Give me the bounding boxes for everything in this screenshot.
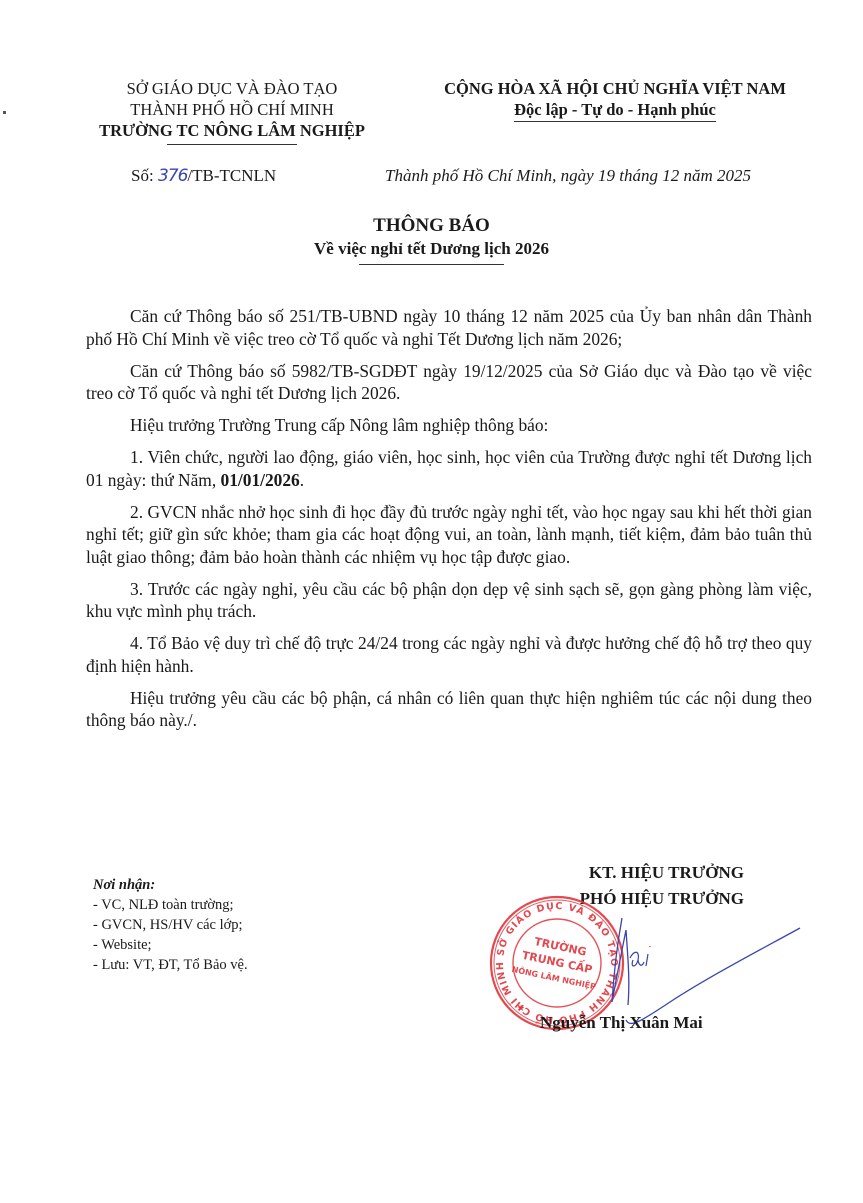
item-1: 1. Viên chức, người lao động, giáo viên,… xyxy=(86,446,812,491)
paragraph-basis-2: Căn cứ Thông báo số 5982/TB-SGDĐT ngày 1… xyxy=(86,360,812,405)
document-body: Căn cứ Thông báo số 251/TB-UBND ngày 10 … xyxy=(86,305,812,741)
doc-number-suffix: /TB-TCNLN xyxy=(187,166,276,185)
issuing-authority-block: SỞ GIÁO DỤC VÀ ĐÀO TẠO THÀNH PHỐ HỒ CHÍ … xyxy=(72,78,392,145)
signatory-title-line-1: KT. HIỆU TRƯỞNG xyxy=(480,860,810,886)
handwritten-signature-icon xyxy=(600,910,830,1030)
recipient-item: - Lưu: VT, ĐT, Tổ Bảo vệ. xyxy=(93,955,248,975)
item-4: 4. Tổ Bảo vệ duy trì chế độ trực 24/24 t… xyxy=(86,632,812,677)
issue-date: Thành phố Hồ Chí Minh, ngày 19 tháng 12 … xyxy=(385,166,751,186)
recipient-item: - GVCN, HS/HV các lớp; xyxy=(93,915,248,935)
authority-line-2: THÀNH PHỐ HỒ CHÍ MINH xyxy=(72,99,392,120)
national-title: CỘNG HÒA XÃ HỘI CHỦ NGHĨA VIỆT NAM xyxy=(400,78,830,99)
school-name: TRƯỜNG TC NÔNG LÂM NGHIỆP xyxy=(72,120,392,141)
scan-speck xyxy=(3,111,6,114)
svg-text:★: ★ xyxy=(517,1004,525,1014)
item-3: 3. Trước các ngày nghỉ, yêu cầu các bộ p… xyxy=(86,578,812,623)
paragraph-basis-1: Căn cứ Thông báo số 251/TB-UBND ngày 10 … xyxy=(86,305,812,350)
recipient-item: - VC, NLĐ toàn trường; xyxy=(93,895,248,915)
document-number: Số: 376/TB-TCNLN xyxy=(131,166,276,186)
recipients-heading: Nơi nhận: xyxy=(93,875,248,895)
signatory-name: Nguyễn Thị Xuân Mai xyxy=(540,1013,703,1033)
authority-underline xyxy=(167,144,297,145)
national-header-block: CỘNG HÒA XÃ HỘI CHỦ NGHĨA VIỆT NAM Độc l… xyxy=(400,78,830,122)
national-motto: Độc lập - Tự do - Hạnh phúc xyxy=(514,99,716,122)
item-1-end: . xyxy=(300,470,304,490)
authority-line-1: SỞ GIÁO DỤC VÀ ĐÀO TẠO xyxy=(72,78,392,99)
closing-paragraph: Hiệu trưởng yêu cầu các bộ phận, cá nhân… xyxy=(86,687,812,732)
document-title-block: THÔNG BÁO Về việc nghỉ tết Dương lịch 20… xyxy=(0,214,863,265)
document-subtitle: Về việc nghỉ tết Dương lịch 2026 xyxy=(0,238,863,260)
doc-number-handwritten: 376 xyxy=(158,166,187,186)
title-underline xyxy=(359,264,504,265)
item-2: 2. GVCN nhắc nhở học sinh đi học đầy đủ … xyxy=(86,501,812,569)
recipients-block: Nơi nhận: - VC, NLĐ toàn trường; - GVCN,… xyxy=(93,875,248,975)
document-title: THÔNG BÁO xyxy=(0,214,863,238)
holiday-date: 01/01/2026 xyxy=(221,470,300,490)
item-1-text: 1. Viên chức, người lao động, giáo viên,… xyxy=(86,447,812,490)
recipient-item: - Website; xyxy=(93,935,248,955)
doc-number-prefix: Số: xyxy=(131,166,158,185)
paragraph-announcement: Hiệu trưởng Trường Trung cấp Nông lâm ng… xyxy=(86,414,812,437)
